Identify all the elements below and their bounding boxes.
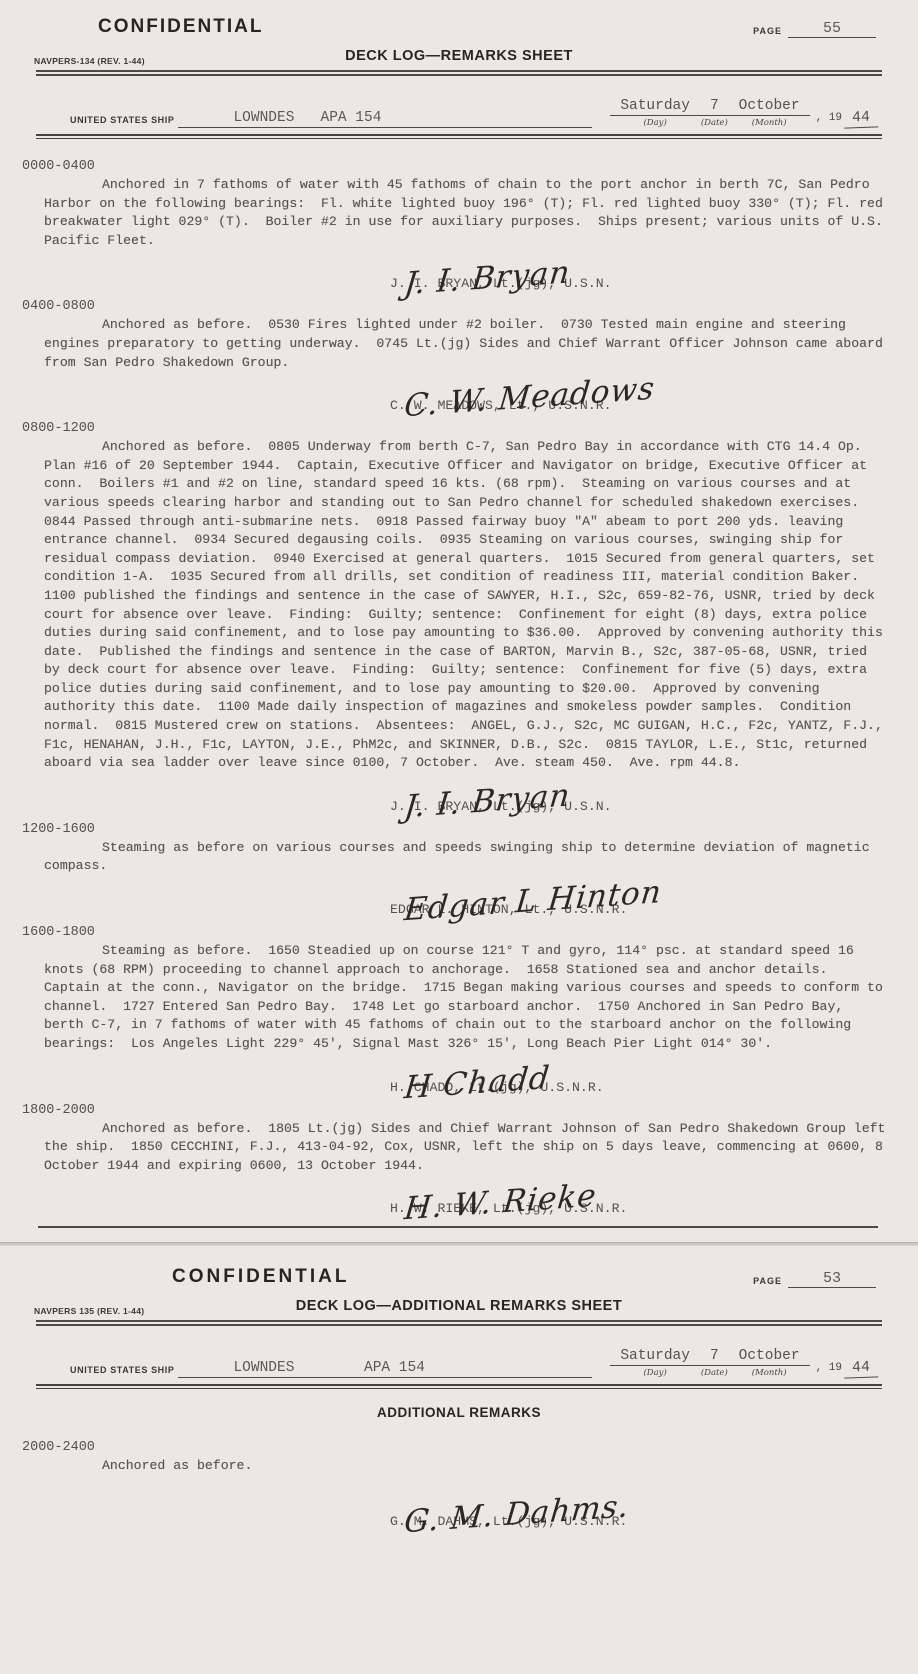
page-number-box: PAGE 55 [753, 20, 876, 38]
log-entry-1600-1800: 1600-1800 Steaming as before. 1650 Stead… [0, 925, 918, 1095]
page2-title-row: NAVPERS 135 (REV. 1-44) DECK LOG—ADDITIO… [0, 1298, 918, 1316]
signature-block: Edgar L Hinton EDGAR L. HINTON, Lt., U.S… [378, 878, 808, 917]
page-label: PAGE [753, 26, 782, 38]
additional-remarks-sheet-page: CONFIDENTIAL PAGE 53 NAVPERS 135 (REV. 1… [0, 1246, 918, 1529]
page-number: 55 [788, 20, 876, 38]
date-sublabel: (Date) [701, 1368, 728, 1378]
log-entries: 0000-0400 Anchored in 7 fathoms of water… [0, 139, 918, 1216]
year-prefix: , 19 [810, 1362, 844, 1378]
page1-bottom-rule [38, 1226, 878, 1228]
handwritten-signature: G. M. Dahms. [403, 1476, 810, 1541]
day-value: Saturday [610, 98, 700, 116]
page-number: 53 [788, 1270, 876, 1288]
ship-label: UNITED STATES SHIP [70, 115, 174, 128]
signature-block: C. W. Meadows C. W. MEADOWS, Lt., U.S.N.… [378, 374, 808, 413]
ship-name: LOWNDES APA 154 [178, 1360, 592, 1378]
month-sublabel: (Month) [752, 1368, 787, 1378]
day-sublabel: (Day) [643, 1368, 666, 1378]
month-value: October [729, 98, 810, 116]
date-group: Saturday (Day) 7 (Date) October (Month) … [610, 1348, 878, 1378]
entry-text: Anchored as before. [44, 1457, 886, 1476]
watch-period: 0400-0800 [22, 299, 918, 314]
log-entry-0400-0800: 0400-0800 Anchored as before. 0530 Fires… [0, 299, 918, 413]
watch-period: 0800-1200 [22, 421, 918, 436]
watch-period: 1200-1600 [22, 822, 918, 837]
year-prefix: , 19 [810, 112, 844, 128]
page-number-box: PAGE 53 [753, 1270, 876, 1288]
date-column: 7 (Date) [700, 1348, 729, 1378]
page1-header-row: CONFIDENTIAL PAGE 55 [0, 0, 918, 38]
date-column: 7 (Date) [700, 98, 729, 128]
log-entries: 2000-2400 Anchored as before. G. M. Dahm… [0, 1420, 918, 1529]
log-entry-0000-0400: 0000-0400 Anchored in 7 fathoms of water… [0, 159, 918, 291]
remarks-sheet-page: CONFIDENTIAL PAGE 55 NAVPERS-134 (REV. 1… [0, 0, 918, 1228]
date-sublabel: (Date) [701, 118, 728, 128]
month-value: October [729, 1348, 810, 1366]
entry-text: Anchored as before. 0805 Underway from b… [44, 438, 886, 773]
month-column: October (Month) [729, 98, 810, 128]
ship-name: LOWNDES APA 154 [178, 110, 592, 128]
ship-date-row: UNITED STATES SHIP LOWNDES APA 154 Satur… [0, 76, 918, 128]
log-entry-1800-2000: 1800-2000 Anchored as before. 1805 Lt.(j… [0, 1103, 918, 1217]
page-label: PAGE [753, 1276, 782, 1288]
ship-label: UNITED STATES SHIP [70, 1365, 174, 1378]
signature-block: H. W. Rieke H. W. RIEKE, Lt.(jg), U.S.N.… [378, 1177, 808, 1216]
watch-period: 0000-0400 [22, 159, 918, 174]
day-column: Saturday (Day) [610, 98, 700, 128]
deck-log-scanned-page: CONFIDENTIAL PAGE 55 NAVPERS-134 (REV. 1… [0, 0, 918, 1674]
heavy-rule [36, 1384, 882, 1389]
watch-period: 2000-2400 [22, 1440, 918, 1455]
entry-text: Steaming as before. 1650 Steadied up on … [44, 942, 886, 1054]
page1-title-row: NAVPERS-134 (REV. 1-44) DECK LOG—REMARKS… [0, 48, 918, 66]
watch-period: 1800-2000 [22, 1103, 918, 1118]
date-group: Saturday (Day) 7 (Date) October (Month) … [610, 98, 878, 128]
form-title: DECK LOG—ADDITIONAL REMARKS SHEET [0, 1298, 918, 1314]
classification-stamp: CONFIDENTIAL [98, 16, 263, 38]
year-value: 44 [844, 1359, 879, 1379]
date-value: 7 [700, 98, 729, 116]
log-entry-0800-1200: 0800-1200 Anchored as before. 0805 Under… [0, 421, 918, 814]
signature-block: J. I. Bryan J. I. BRYAN, Lt.(jg), U.S.N. [378, 775, 808, 814]
signature-block: H Chadd H. CHADD, Lt.(jg), U.S.N.R. [378, 1056, 808, 1095]
form-title: DECK LOG—REMARKS SHEET [0, 48, 918, 64]
log-entry-1200-1600: 1200-1600 Steaming as before on various … [0, 822, 918, 917]
date-value: 7 [700, 1348, 729, 1366]
day-sublabel: (Day) [643, 118, 666, 128]
signature-block: G. M. Dahms. G. M. DAHMS, Lt.(jg), U.S.N… [378, 1490, 808, 1529]
month-sublabel: (Month) [752, 118, 787, 128]
page2-header-row: CONFIDENTIAL PAGE 53 [0, 1246, 918, 1288]
year-value: 44 [844, 108, 879, 128]
day-column: Saturday (Day) [610, 1348, 700, 1378]
entry-text: Anchored in 7 fathoms of water with 45 f… [44, 176, 886, 250]
additional-remarks-heading: ADDITIONAL REMARKS [0, 1405, 918, 1420]
classification-stamp: CONFIDENTIAL [172, 1266, 349, 1288]
log-entry-2000-2400: 2000-2400 Anchored as before. G. M. Dahm… [0, 1440, 918, 1529]
signature-block: J. I. Bryan J. I. BRYAN, Lt.(jg), U.S.N. [378, 252, 808, 291]
watch-period: 1600-1800 [22, 925, 918, 940]
day-value: Saturday [610, 1348, 700, 1366]
ship-date-row: UNITED STATES SHIP LOWNDES APA 154 Satur… [0, 1326, 918, 1378]
month-column: October (Month) [729, 1348, 810, 1378]
